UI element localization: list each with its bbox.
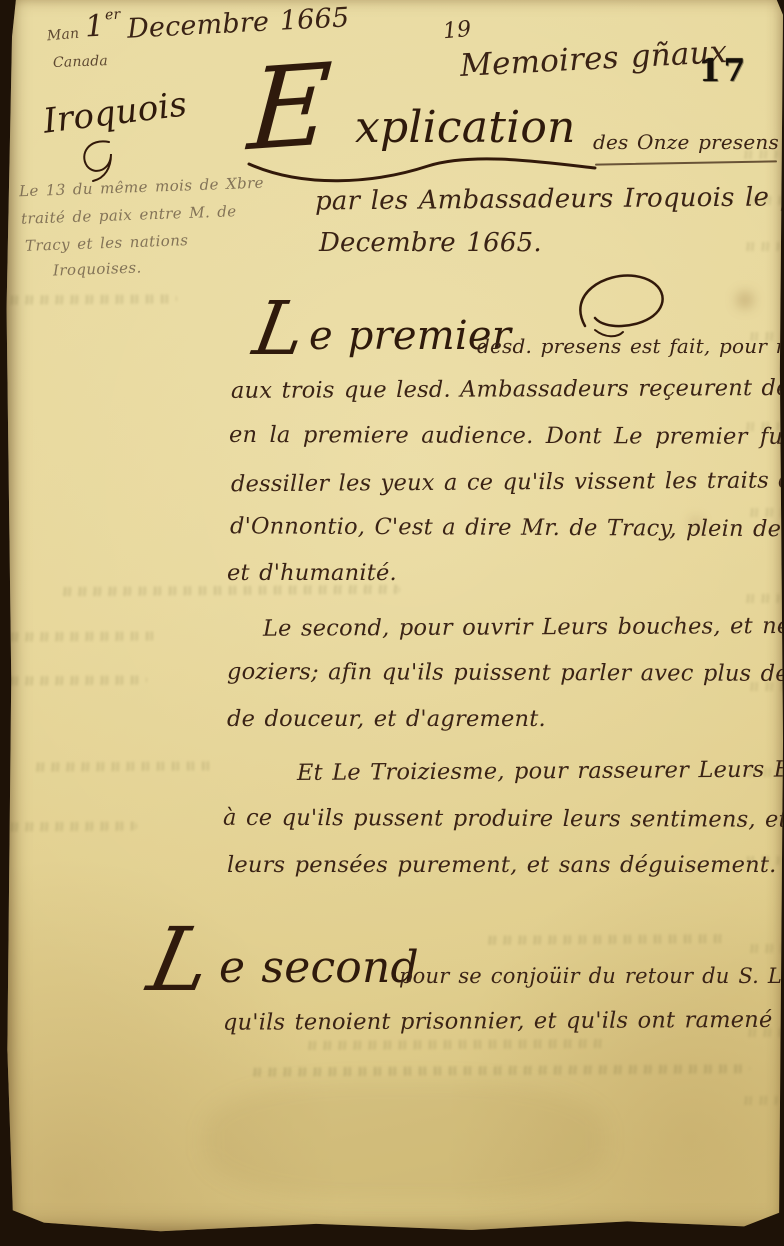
margin-small-note-2: Canada (53, 54, 108, 70)
manuscript-page: 1 er Decembre 1665 Man Canada Iroquois L… (5, 0, 783, 1235)
heading-line1-rest: des Onze presens faits (593, 132, 784, 152)
p1-lead-initial: L (248, 292, 310, 366)
margin-date-text: Decembre 1665 (126, 4, 350, 43)
margin-date-number: 1 (84, 12, 105, 43)
p2-line3: de douceur, et d'agrement. (227, 708, 546, 731)
bleedthrough-text (60, 585, 400, 596)
p3-line3: leurs pensées purement, et sans déguisem… (227, 854, 776, 877)
bleedthrough-text (250, 1064, 750, 1076)
heading-underline (595, 160, 777, 165)
bleedthrough-text (33, 761, 213, 771)
bleedthrough-text (741, 1096, 779, 1105)
heading-line3: Decembre 1665. (319, 230, 542, 256)
margin-date-suffix: er (105, 8, 121, 23)
p4-line1-rest: pour se conjoüir du retour du S. Le Moyn… (399, 966, 784, 987)
bleedthrough-text (7, 822, 137, 832)
series-title: Memoires gñaux (459, 37, 728, 82)
p4-line2: qu'ils tenoient prisonnier, et qu'ils on… (223, 1008, 784, 1034)
pencil-note-line-2: traité de paix entre M. de (21, 204, 237, 227)
p2-line2: goziers; afin qu'ils puissent parler ave… (227, 661, 784, 686)
scanned-document: 1 er Decembre 1665 Man Canada Iroquois L… (0, 0, 784, 1246)
bleedthrough-text (747, 944, 784, 953)
folio-stamp-number: 17 (699, 56, 748, 87)
p1-line3: en la premiere audience. Dont Le premier… (229, 424, 784, 449)
paraph-flourish (563, 268, 679, 344)
p1-line1-rest: desd. presens est fait, pour respondre (477, 336, 784, 356)
pencil-note-line-1: Le 13 du même mois de Xbre (19, 176, 264, 200)
pencil-note-line-3: Tracy et les nations (25, 233, 189, 254)
page-number: 19 (442, 19, 472, 43)
bleedthrough-text (485, 934, 725, 945)
heading-word: xplication (355, 106, 576, 150)
p2-line1: Le second, pour ouvrir Leurs bouches, et… (263, 614, 784, 640)
bleedthrough-text (743, 242, 781, 251)
bleedthrough-text (7, 631, 157, 641)
margin-small-note-1: Man (46, 27, 79, 44)
p4-lead-initial: L (142, 916, 219, 1004)
subject-flourish (71, 136, 123, 184)
p1-line6: et d'humanité. (227, 562, 397, 585)
p4-lead-word: e second (219, 946, 419, 990)
bleedthrough-text (7, 676, 147, 686)
p1-line2: aux trois que lesd. Ambassadeurs reçeure… (231, 376, 784, 402)
bleedthrough-text (7, 294, 177, 304)
p3-line2: à ce qu'ils pussent produire leurs senti… (223, 807, 784, 832)
pencil-note-line-4: Iroquoises. (53, 260, 142, 278)
p1-line4: dessiller les yeux a ce qu'ils vissent l… (231, 469, 784, 496)
heading-line2: par les Ambassadeurs Iroquois le premier (315, 184, 784, 215)
bleedthrough-text (305, 1039, 605, 1050)
margin-subject-label: Iroquois (41, 87, 188, 138)
paper-stain (737, 292, 753, 308)
p1-line5: d'Onnontio, C'est a dire Mr. de Tracy, p… (230, 515, 784, 541)
bleedthrough-text (743, 594, 781, 603)
p3-line1: Et Le Troiziesme, pour rasseurer Leurs E… (297, 758, 784, 784)
paper-stain (205, 1080, 605, 1200)
